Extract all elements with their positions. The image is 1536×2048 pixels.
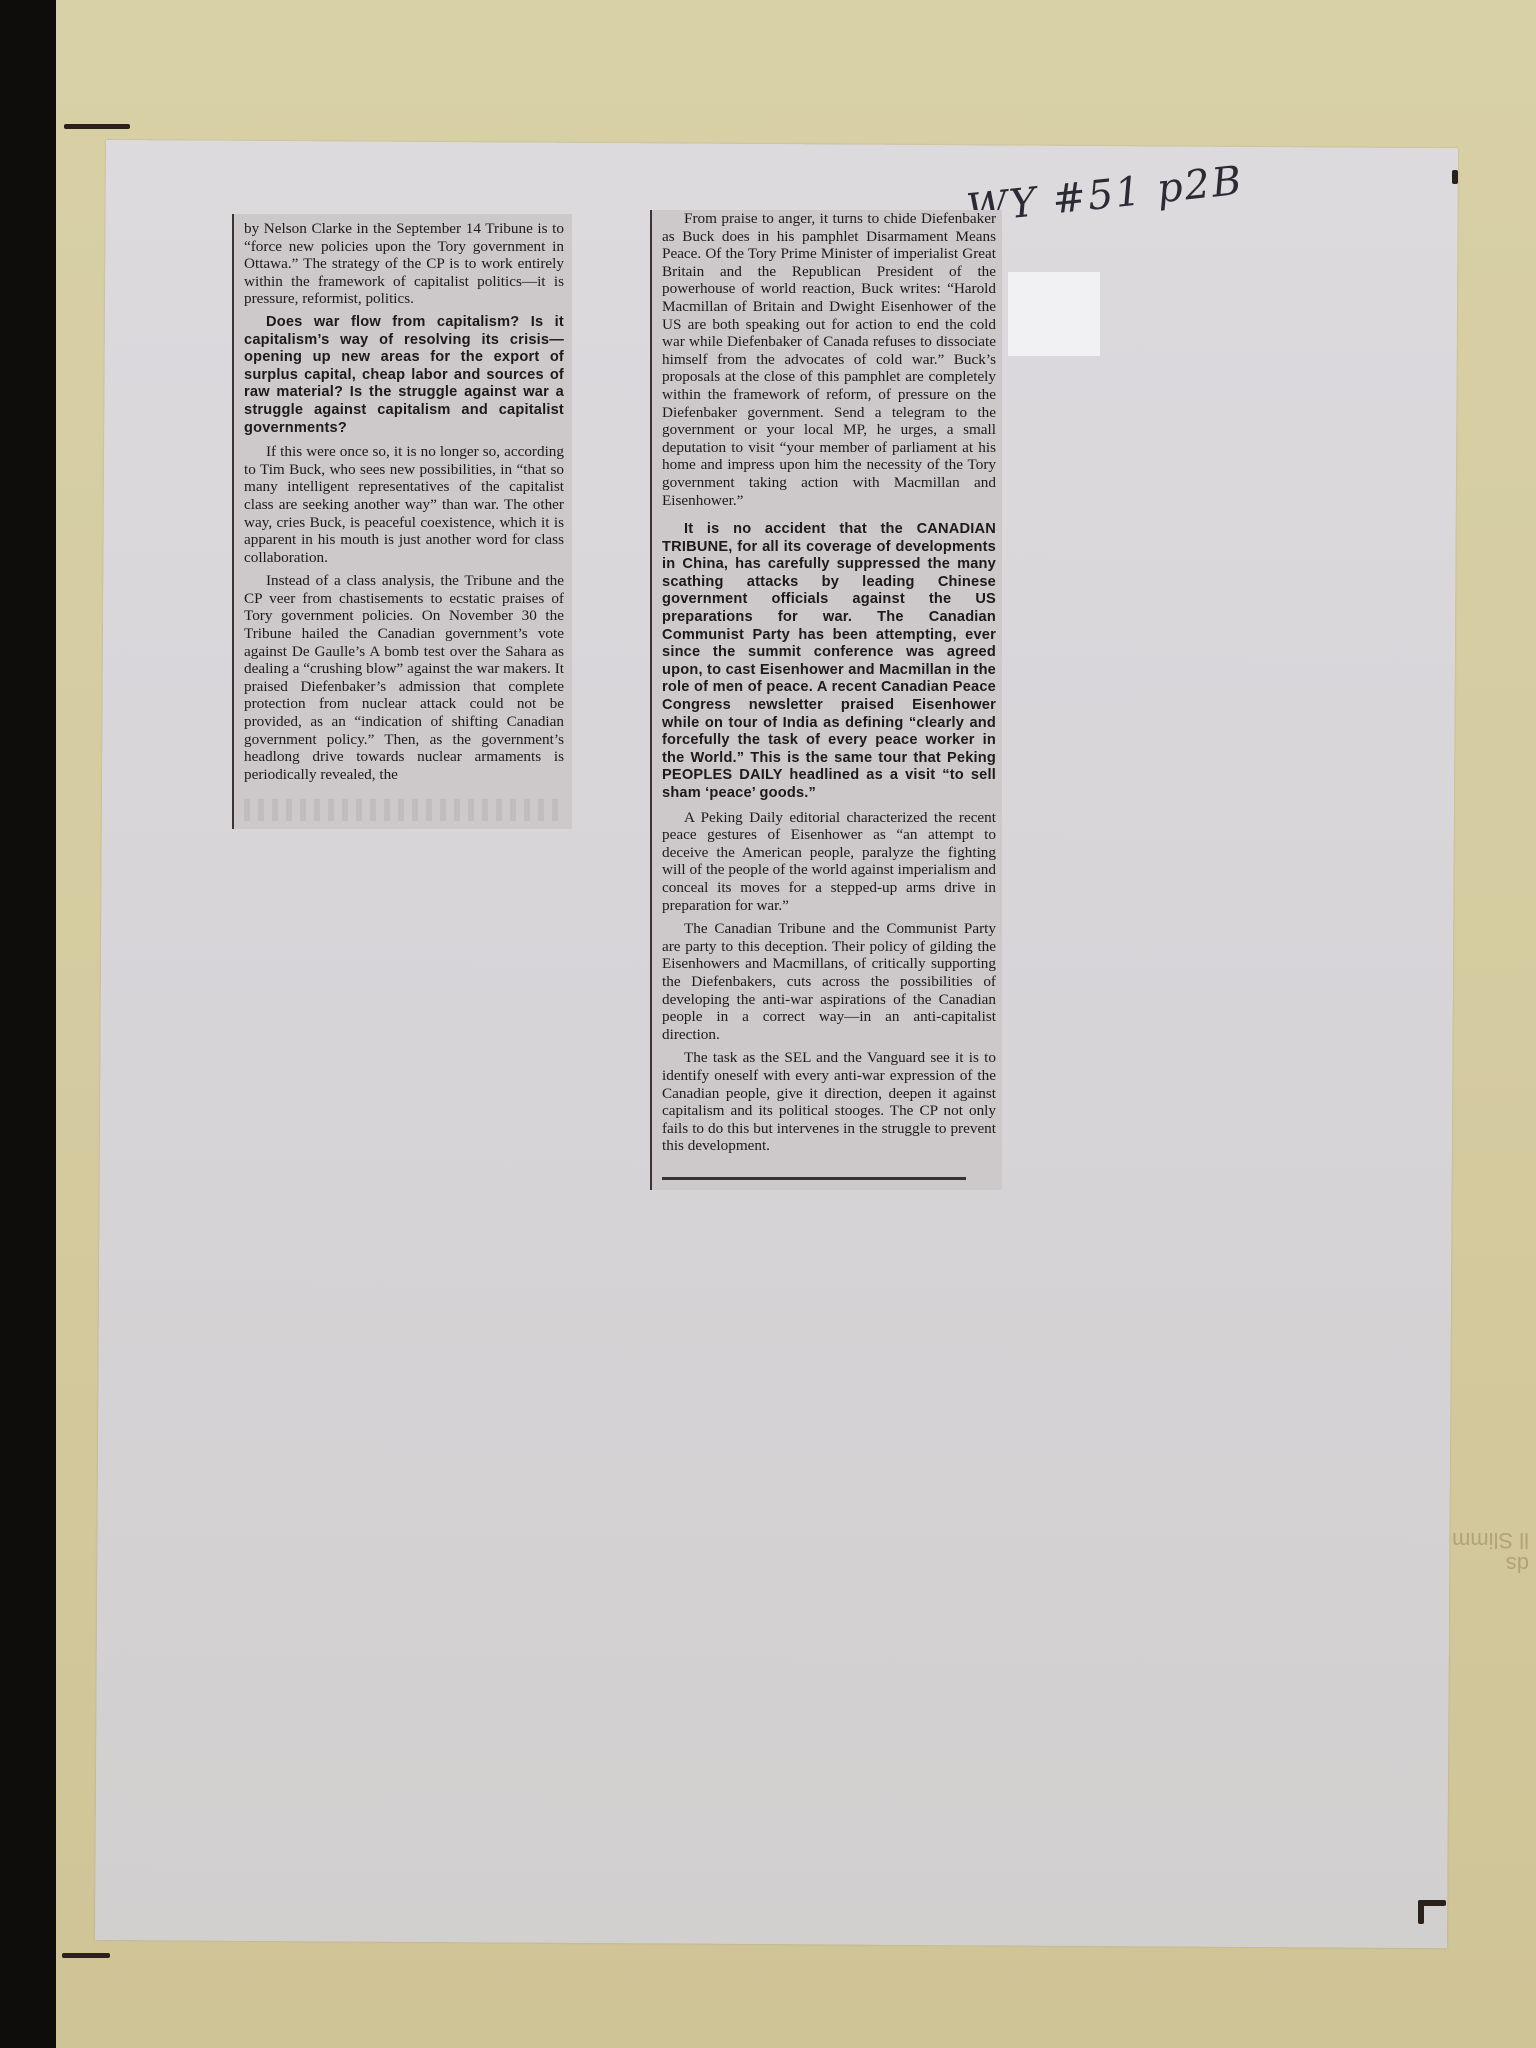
paragraph: A Peking Daily editorial characterized t… (662, 809, 996, 915)
paragraph: Instead of a class analysis, the Tribune… (244, 572, 564, 783)
paragraph: Does war flow from capitalism? Is it cap… (244, 314, 564, 437)
bleed-through-text: ds ll Slimm (1452, 1528, 1529, 1576)
paragraph: by Nelson Clarke in the September 14 Tri… (244, 220, 564, 308)
tape-glare (1008, 272, 1100, 356)
corner-mark-bottom-left (62, 1953, 110, 1958)
end-rule (662, 1177, 966, 1180)
bleed-line-2: ll Slimm (1452, 1528, 1529, 1552)
corner-mark-top-right (1452, 170, 1458, 184)
paragraph: It is no accident that the CANADIAN TRIB… (662, 515, 996, 803)
clipping-left-column: by Nelson Clarke in the September 14 Tri… (232, 214, 572, 829)
corner-mark-top-left (64, 124, 130, 129)
dark-edge (0, 0, 56, 2048)
clipping-right-column: From praise to anger, it turns to chide … (650, 210, 1002, 1190)
torn-edge (244, 799, 564, 821)
paragraph: From praise to anger, it turns to chide … (662, 210, 996, 509)
bleed-line-1: ds (1452, 1552, 1529, 1576)
corner-mark-bottom-right-vertical (1418, 1900, 1424, 1924)
paragraph: If this were once so, it is no longer so… (244, 443, 564, 566)
paragraph: The Canadian Tribune and the Communist P… (662, 920, 996, 1043)
paragraph: The task as the SEL and the Vanguard see… (662, 1049, 996, 1155)
